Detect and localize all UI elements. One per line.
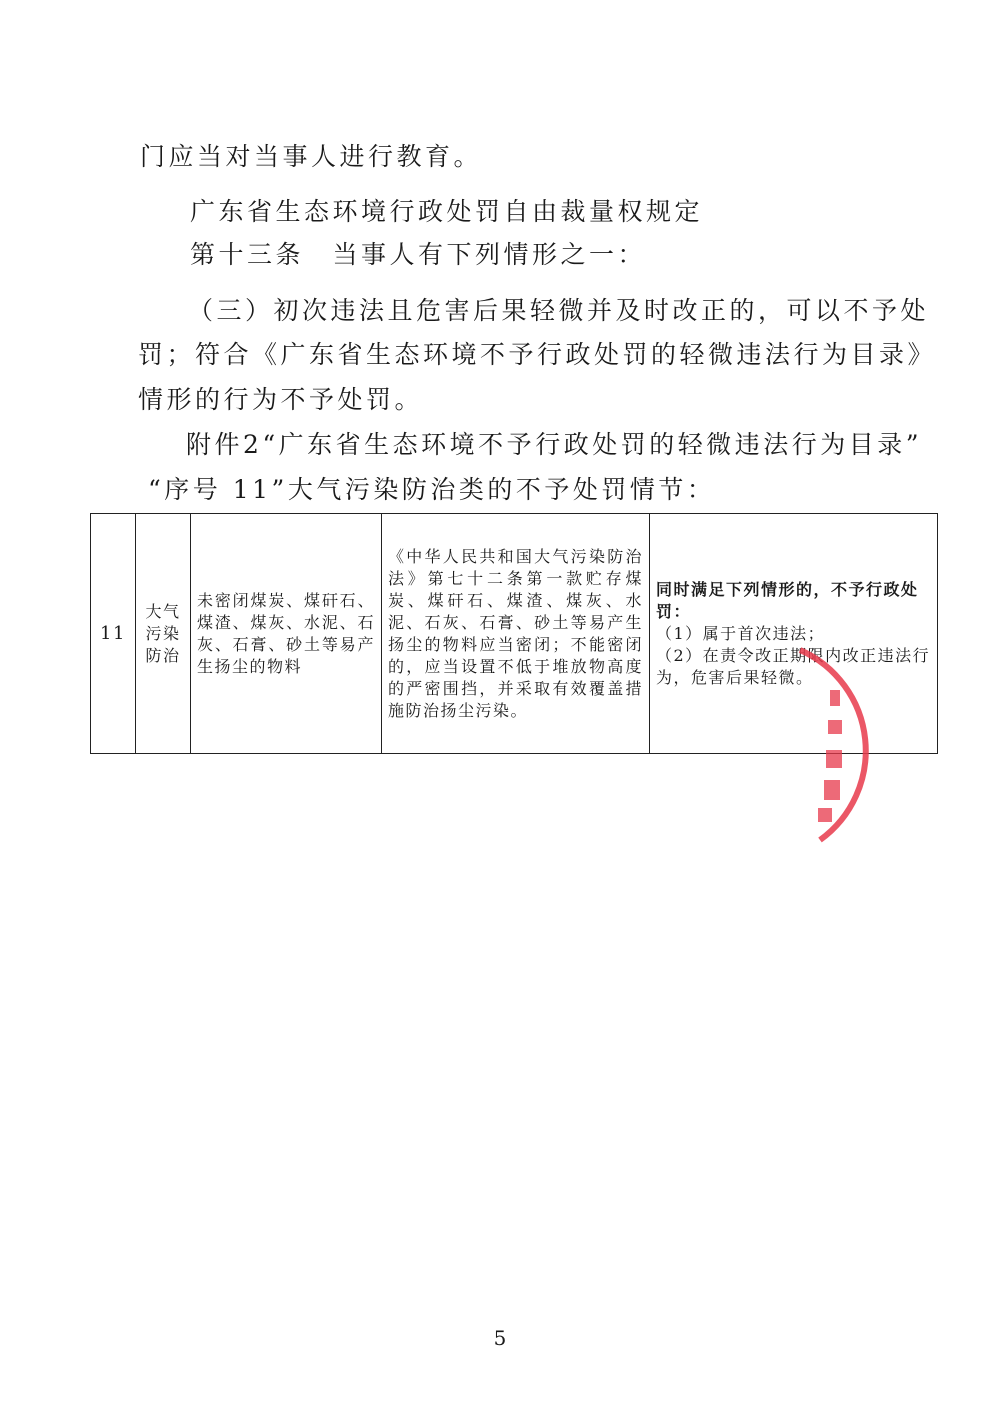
row-number: 11 xyxy=(91,514,136,754)
page-number: 5 xyxy=(0,1326,1000,1350)
condition-item: （1）属于首次违法； xyxy=(656,623,931,645)
conditions-cell: 同时满足下列情形的，不予行政处罚： （1）属于首次违法； （2）在责令改正期限内… xyxy=(650,514,938,754)
appendix-reference: 附件2“广东省生态环境不予行政处罚的轻微违法行为目录” xyxy=(186,430,922,460)
article-heading: 第十三条 当事人有下列情形之一： xyxy=(190,240,646,270)
violation-table: 11 大气 污染 防治 未密闭煤炭、煤矸石、煤渣、煤灰、水泥、石灰、石膏、砂土等… xyxy=(90,513,938,754)
conditions-intro: 同时满足下列情形的，不予行政处罚： xyxy=(656,579,931,623)
category-line: 大气 xyxy=(142,601,184,623)
clause-line-1: （三）初次违法且危害后果轻微并及时改正的，可以不予处 xyxy=(188,296,929,326)
clause-line-3: 情形的行为不予处罚。 xyxy=(138,385,423,415)
clause-line-2: 罚；符合《广东省生态环境不予行政处罚的轻微违法行为目录》 xyxy=(138,340,936,370)
table-row: 11 大气 污染 防治 未密闭煤炭、煤矸石、煤渣、煤灰、水泥、石灰、石膏、砂土等… xyxy=(91,514,938,754)
category-line: 防治 xyxy=(142,645,184,667)
condition-item: （2）在责令改正期限内改正违法行为，危害后果轻微。 xyxy=(656,645,931,689)
category-cell: 大气 污染 防治 xyxy=(136,514,191,754)
regulation-title: 广东省生态环境行政处罚自由裁量权规定 xyxy=(190,197,703,227)
appendix-item-heading: “序号 11”大气污染防治类的不予处罚情节： xyxy=(148,475,715,505)
category-line: 污染 xyxy=(142,623,184,645)
legal-basis-cell: 《中华人民共和国大气污染防治法》第七十二条第一款贮存煤炭、煤矸石、煤渣、煤灰、水… xyxy=(382,514,650,754)
paragraph-continuation: 门应当对当事人进行教育。 xyxy=(140,142,482,172)
violation-cell: 未密闭煤炭、煤矸石、煤渣、煤灰、水泥、石灰、石膏、砂土等易产生扬尘的物料 xyxy=(191,514,382,754)
